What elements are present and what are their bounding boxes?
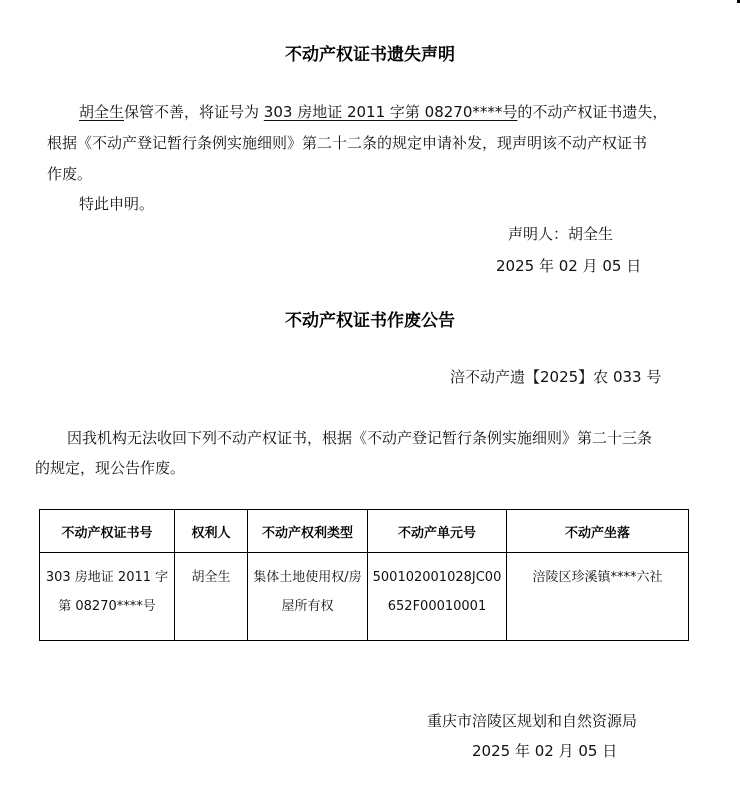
declaration-paragraph: 胡全生保管不善，将证号为 303 房地证 2011 字第 08270****号的… [47,97,707,190]
declaration-text-1: 保管不善，将证号为 [124,103,264,121]
issuer: 重庆市涪陵区规划和自然资源局 [427,710,637,731]
declaration-text-2: 的不动产权证书遗失， [517,103,667,121]
header-certificate-number: 不动产权证书号 [40,510,175,553]
announcement-date: 2025 年 02 月 05 日 [472,740,617,761]
announcement-body-line2: 的规定，现公告作废。 [35,457,185,478]
cell-certificate-number: 303 房地证 2011 字第 08270****号 [40,553,175,641]
declarant: 声明人：胡全生 [508,223,613,244]
header-location: 不动产坐落 [507,510,689,553]
header-unit-number: 不动产单元号 [368,510,507,553]
void-certificate-table: 不动产权证书号 权利人 不动产权利类型 不动产单元号 不动产坐落 303 房地证… [39,509,689,641]
announcement-title: 不动产权证书作废公告 [0,306,740,331]
header-right-type: 不动产权利类型 [248,510,368,553]
cell-right-type: 集体土地使用权/房屋所有权 [248,553,368,641]
cell-right-holder: 胡全生 [175,553,248,641]
holder-name: 胡全生 [79,103,124,121]
declaration-text-4: 作废。 [47,165,92,183]
cell-location: 涪陵区珍溪镇****六社 [507,553,689,641]
table-row: 303 房地证 2011 字第 08270****号 胡全生 集体土地使用权/房… [40,553,689,641]
declaration-text-3: 根据《不动产登记暂行条例实施细则》第二十二条的规定申请补发，现声明该不动产权证书 [47,134,647,152]
cell-unit-number: 500102001028JC00652F00010001 [368,553,507,641]
declaration-closing: 特此申明。 [79,193,154,214]
announcement-doc-number: 涪不动产遗【2025】农 033 号 [450,366,661,387]
announcement-body-line1: 因我机构无法收回下列不动产权证书，根据《不动产登记暂行条例实施细则》第二十三条 [67,427,652,448]
header-right-holder: 权利人 [175,510,248,553]
certificate-number: 303 房地证 2011 字第 08270****号 [264,103,518,121]
table-header-row: 不动产权证书号 权利人 不动产权利类型 不动产单元号 不动产坐落 [40,510,689,553]
declaration-title: 不动产权证书遗失声明 [0,40,740,65]
declaration-date: 2025 年 02 月 05 日 [496,255,641,276]
